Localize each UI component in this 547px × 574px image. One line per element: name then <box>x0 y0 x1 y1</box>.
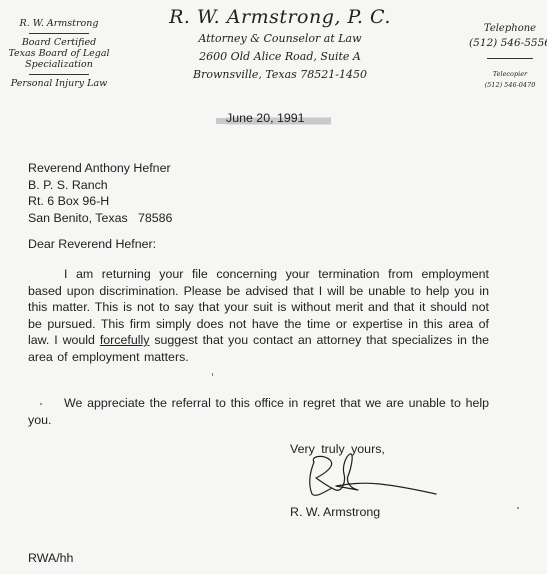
scan-speck <box>212 373 213 376</box>
telephone-label: Telephone <box>455 22 547 36</box>
body-paragraph-1: I am returning your file concerning your… <box>28 266 489 365</box>
letterhead-center: R. W. Armstrong, P. C. Attorney & Counse… <box>160 4 400 84</box>
firm-title: Attorney & Counselor at Law <box>160 30 400 48</box>
practice-area: Personal Injury Law <box>0 78 118 89</box>
signature-image <box>302 452 442 502</box>
divider <box>29 33 89 34</box>
divider <box>29 74 89 75</box>
paragraph-2-text: We appreciate the referral to this offic… <box>28 396 489 427</box>
attorney-name: R. W. Armstrong <box>0 18 118 29</box>
scan-speck <box>40 403 42 405</box>
body-paragraph-2: We appreciate the referral to this offic… <box>28 395 489 428</box>
divider <box>487 58 533 59</box>
salutation: Dear Reverend Hefner: <box>28 236 156 253</box>
firm-name: R. W. Armstrong, P. C. <box>160 4 400 30</box>
recipient-address: Reverend Anthony Hefner B. P. S. Ranch R… <box>28 160 172 226</box>
signer-name: R. W. Armstrong <box>290 504 380 521</box>
telecopier-label: Telecopier <box>455 69 547 79</box>
letter-date: June 20, 1991 <box>226 110 331 127</box>
certification-line-3: Specialization <box>0 59 118 70</box>
telecopier-number: (512) 546-0470 <box>455 79 547 91</box>
telephone-number: (512) 546-5556 <box>455 36 547 50</box>
recipient-line-3: Rt. 6 Box 96-H <box>28 193 172 210</box>
typist-initials: RWA/hh <box>28 550 73 567</box>
firm-address-line-2: Brownsville, Texas 78521-1450 <box>160 66 400 84</box>
certification-line-1: Board Certified <box>0 37 118 48</box>
letterhead-left-column: R. W. Armstrong Board Certified Texas Bo… <box>0 18 118 89</box>
underlined-word: forcefully <box>100 333 150 347</box>
recipient-line-2: B. P. S. Ranch <box>28 177 172 194</box>
recipient-name: Reverend Anthony Hefner <box>28 160 172 177</box>
certification-line-2: Texas Board of Legal <box>0 48 118 59</box>
recipient-line-4: San Benito, Texas 78586 <box>28 210 172 227</box>
letterhead-right-column: Telephone (512) 546-5556 Telecopier (512… <box>455 22 547 91</box>
scan-speck <box>517 507 519 509</box>
firm-address-line-1: 2600 Old Alice Road, Suite A <box>160 48 400 66</box>
